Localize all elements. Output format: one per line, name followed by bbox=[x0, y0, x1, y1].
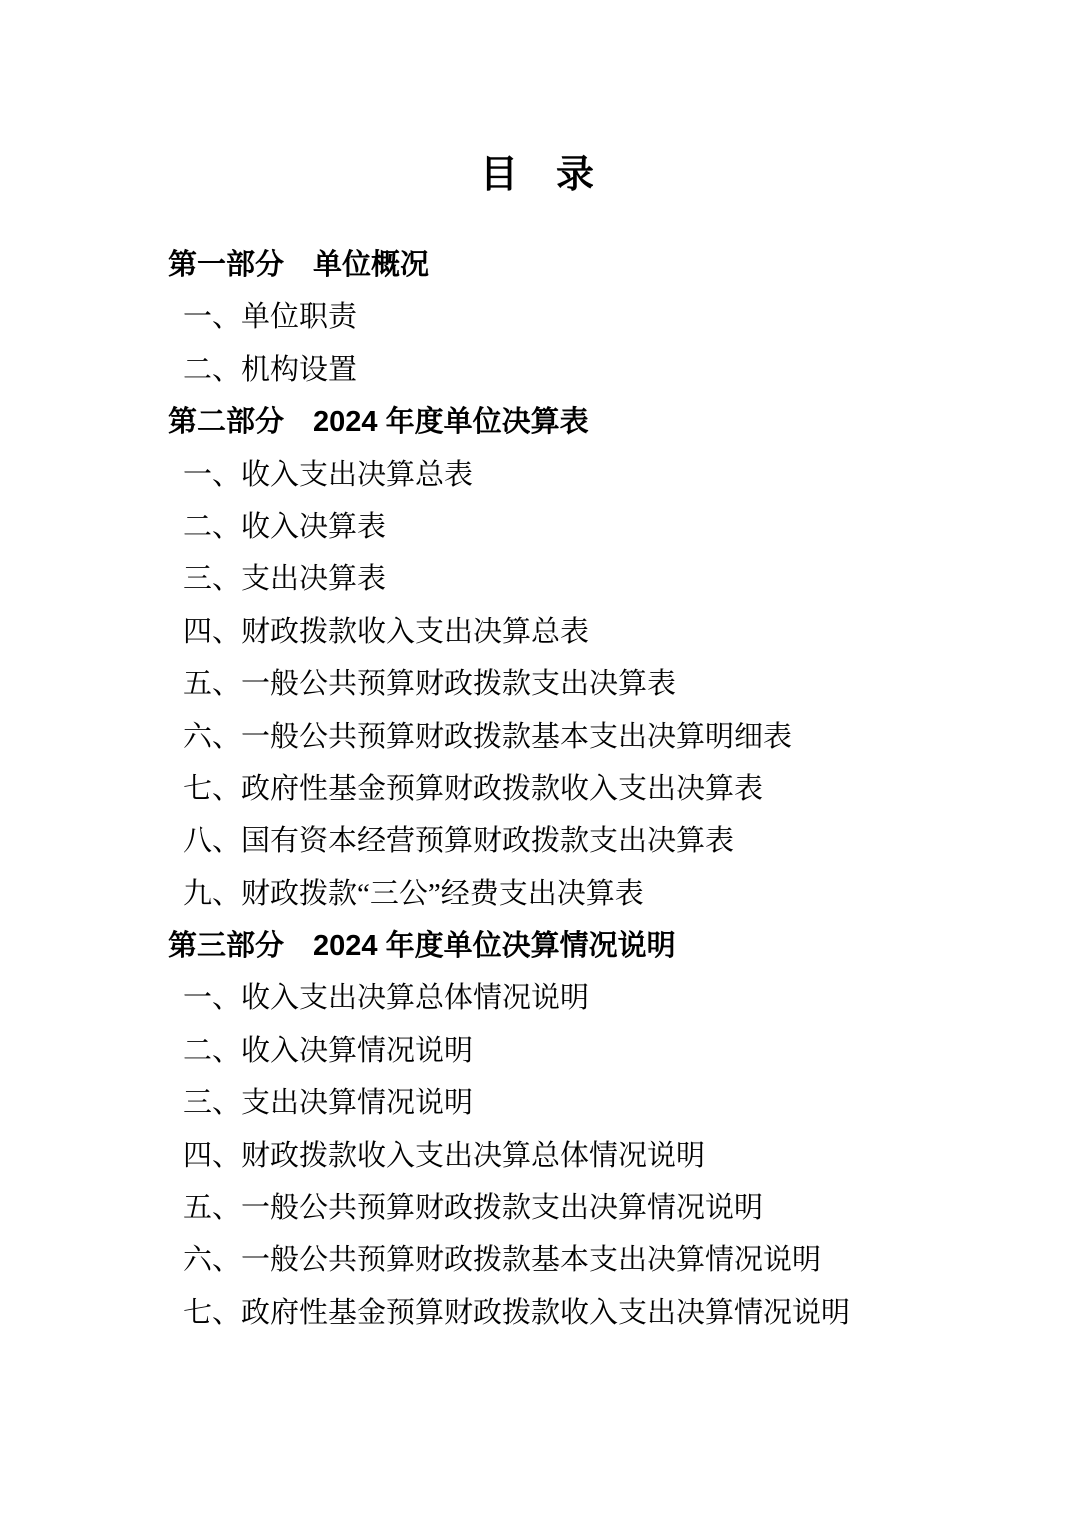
toc-entry: 三、支出决算情况说明 bbox=[168, 1077, 954, 1129]
toc-entry: 二、收入决算表 bbox=[168, 501, 954, 553]
document-page: 目 录 第一部分 单位概况 一、单位职责 二、机构设置 第二部分 2024 年度… bbox=[0, 0, 1074, 1520]
toc-entry: 七、政府性基金预算财政拨款收入支出决算表 bbox=[168, 763, 954, 815]
toc-entry: 二、机构设置 bbox=[168, 344, 954, 396]
toc-section-1-heading: 第一部分 单位概况 bbox=[168, 239, 954, 291]
toc-entry: 一、收入支出决算总体情况说明 bbox=[168, 972, 954, 1024]
toc-entry: 七、政府性基金预算财政拨款收入支出决算情况说明 bbox=[168, 1287, 954, 1339]
toc-entry: 五、一般公共预算财政拨款支出决算表 bbox=[168, 658, 954, 710]
toc-entry: 五、一般公共预算财政拨款支出决算情况说明 bbox=[168, 1182, 954, 1234]
toc-entry: 一、单位职责 bbox=[168, 291, 954, 343]
toc-entry: 六、一般公共预算财政拨款基本支出决算明细表 bbox=[168, 711, 954, 763]
toc-entry: 四、财政拨款收入支出决算总表 bbox=[168, 606, 954, 658]
toc-entry: 二、收入决算情况说明 bbox=[168, 1025, 954, 1077]
toc-entry: 九、财政拨款“三公”经费支出决算表 bbox=[168, 868, 954, 920]
toc-entry: 一、收入支出决算总表 bbox=[168, 449, 954, 501]
toc-entry: 三、支出决算表 bbox=[168, 553, 954, 605]
table-of-contents: 第一部分 单位概况 一、单位职责 二、机构设置 第二部分 2024 年度单位决算… bbox=[0, 239, 1074, 1339]
toc-section-3-heading: 第三部分 2024 年度单位决算情况说明 bbox=[168, 920, 954, 972]
toc-entry: 四、财政拨款收入支出决算总体情况说明 bbox=[168, 1130, 954, 1182]
toc-entry: 六、一般公共预算财政拨款基本支出决算情况说明 bbox=[168, 1234, 954, 1286]
toc-entry: 八、国有资本经营预算财政拨款支出决算表 bbox=[168, 815, 954, 867]
toc-section-2-heading: 第二部分 2024 年度单位决算表 bbox=[168, 396, 954, 448]
page-title: 目 录 bbox=[0, 0, 1074, 202]
